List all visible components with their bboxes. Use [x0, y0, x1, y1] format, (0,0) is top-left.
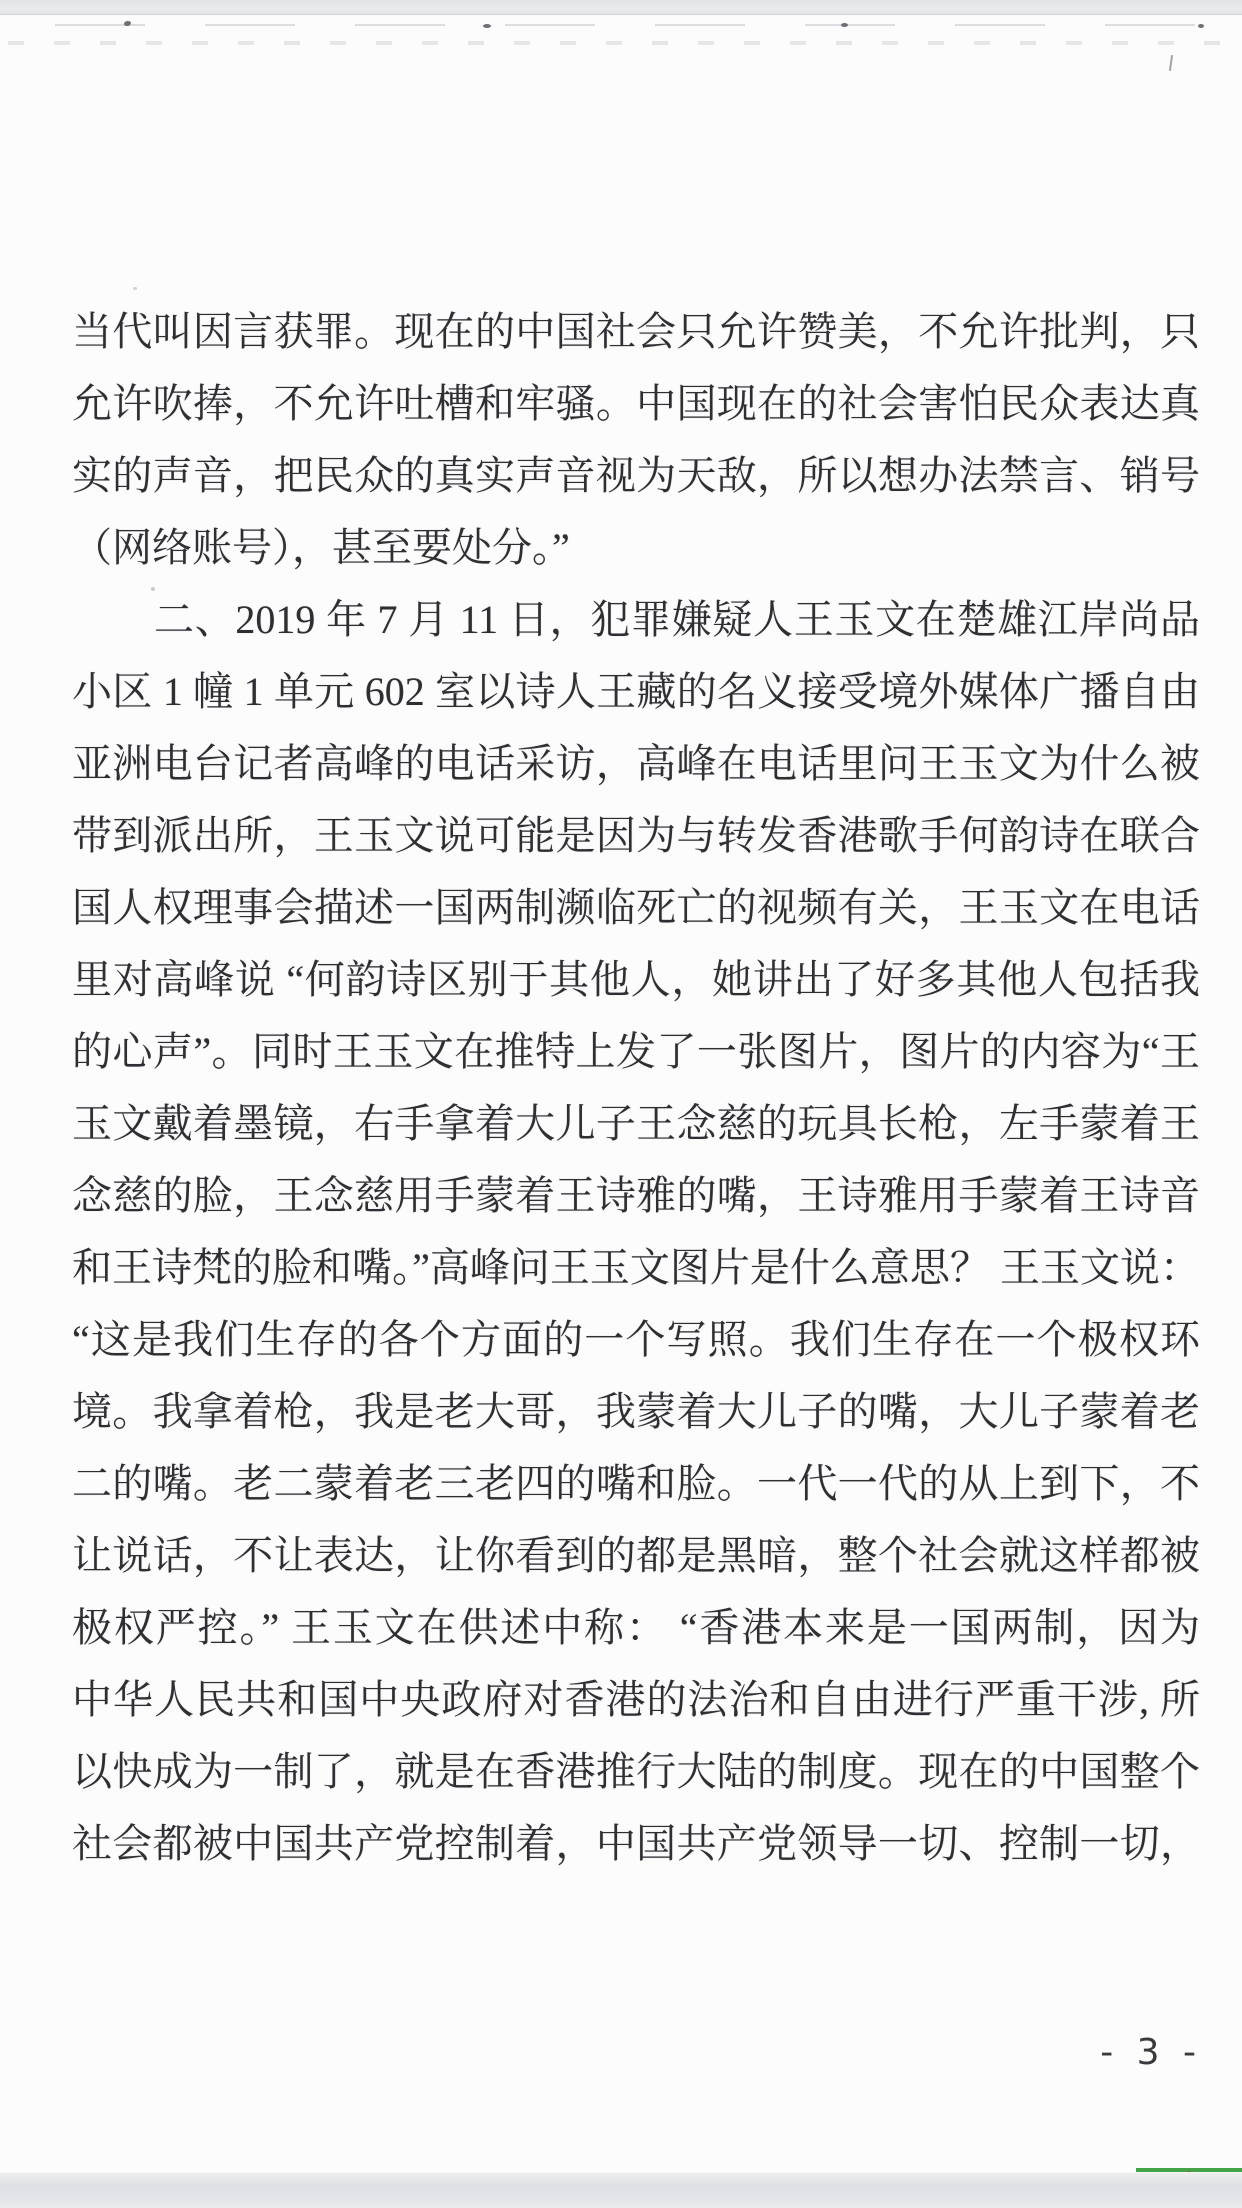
scan-edge-bottom [0, 2172, 1242, 2208]
text-line: （网络账号），甚至要处分。” [72, 512, 1200, 584]
text-line: 社会都被中国共产党控制着，中国共产党领导一切、控制一切， [72, 1808, 1200, 1880]
scan-tick-mark [1169, 55, 1173, 71]
page-number: - 3 - [1100, 2032, 1202, 2073]
scan-dotted-noise [8, 41, 1234, 45]
document-body: 当代叫因言获罪。现在的中国社会只允许赞美，不允许批判，只 允许吹捧，不允许吐槽和… [72, 296, 1200, 1880]
scan-speck [483, 24, 491, 28]
text-line: 二的嘴。老二蒙着老三老四的嘴和脸。一代一代的从上到下，不 [72, 1448, 1200, 1520]
text-line: 极权严控。” 王玉文在供述中称： “香港本来是一国两制，因为 [72, 1592, 1200, 1664]
text-line: 让说话，不让表达，让你看到的都是黑暗，整个社会就这样都被 [72, 1520, 1200, 1592]
text-line: 亚洲电台记者高峰的电话采访，高峰在电话里问王玉文为什么被 [72, 728, 1200, 800]
scan-scratch-line [55, 24, 1205, 26]
text-line: 带到派出所，王玉文说可能是因为与转发香港歌手何韵诗在联合 [72, 800, 1200, 872]
scan-edge-top [0, 0, 1242, 15]
text-line: 小区 1 幢 1 单元 602 室以诗人王藏的名义接受境外媒体广播自由 [72, 656, 1200, 728]
scan-speck [133, 287, 137, 290]
text-line: 当代叫因言获罪。现在的中国社会只允许赞美，不允许批判，只 [72, 296, 1200, 368]
text-line: 国人权理事会描述一国两制濒临死亡的视频有关，王玉文在电话 [72, 872, 1200, 944]
scan-speck [1198, 24, 1204, 28]
text-line: 和王诗梵的脸和嘴。”高峰问王玉文图片是什么意思？ 王玉文说： [72, 1232, 1200, 1304]
text-line: 中华人民共和国中央政府对香港的法治和自由进行严重干涉, 所 [72, 1664, 1200, 1736]
scan-speck [841, 23, 848, 27]
scanned-page: { "document": { "lines": [ "当代叫因言获罪。现在的中… [0, 0, 1242, 2208]
text-line: “这是我们生存的各个方面的一个写照。我们生存在一个极权环 [72, 1304, 1200, 1376]
text-line: 的心声”。同时王玉文在推特上发了一张图片，图片的内容为“王 [72, 1016, 1200, 1088]
text-line: 境。我拿着枪，我是老大哥，我蒙着大儿子的嘴，大儿子蒙着老 [72, 1376, 1200, 1448]
text-line: 实的声音，把民众的真实声音视为天敌，所以想办法禁言、销号 [72, 440, 1200, 512]
document-page: 当代叫因言获罪。现在的中国社会只允许赞美，不允许批判，只 允许吹捧，不允许吐槽和… [0, 0, 1242, 2208]
text-line: 二、2019 年 7 月 11 日，犯罪嫌疑人王玉文在楚雄江岸尚品 [72, 584, 1200, 656]
text-line: 玉文戴着墨镜，右手拿着大儿子王念慈的玩具长枪，左手蒙着王 [72, 1088, 1200, 1160]
text-line: 念慈的脸，王念慈用手蒙着王诗雅的嘴，王诗雅用手蒙着王诗音 [72, 1160, 1200, 1232]
text-line: 里对高峰说 “何韵诗区别于其他人，她讲出了好多其他人包括我 [72, 944, 1200, 1016]
text-line: 以快成为一制了，就是在香港推行大陆的制度。现在的中国整个 [72, 1736, 1200, 1808]
text-line: 允许吹捧，不允许吐槽和牢骚。中国现在的社会害怕民众表达真 [72, 368, 1200, 440]
